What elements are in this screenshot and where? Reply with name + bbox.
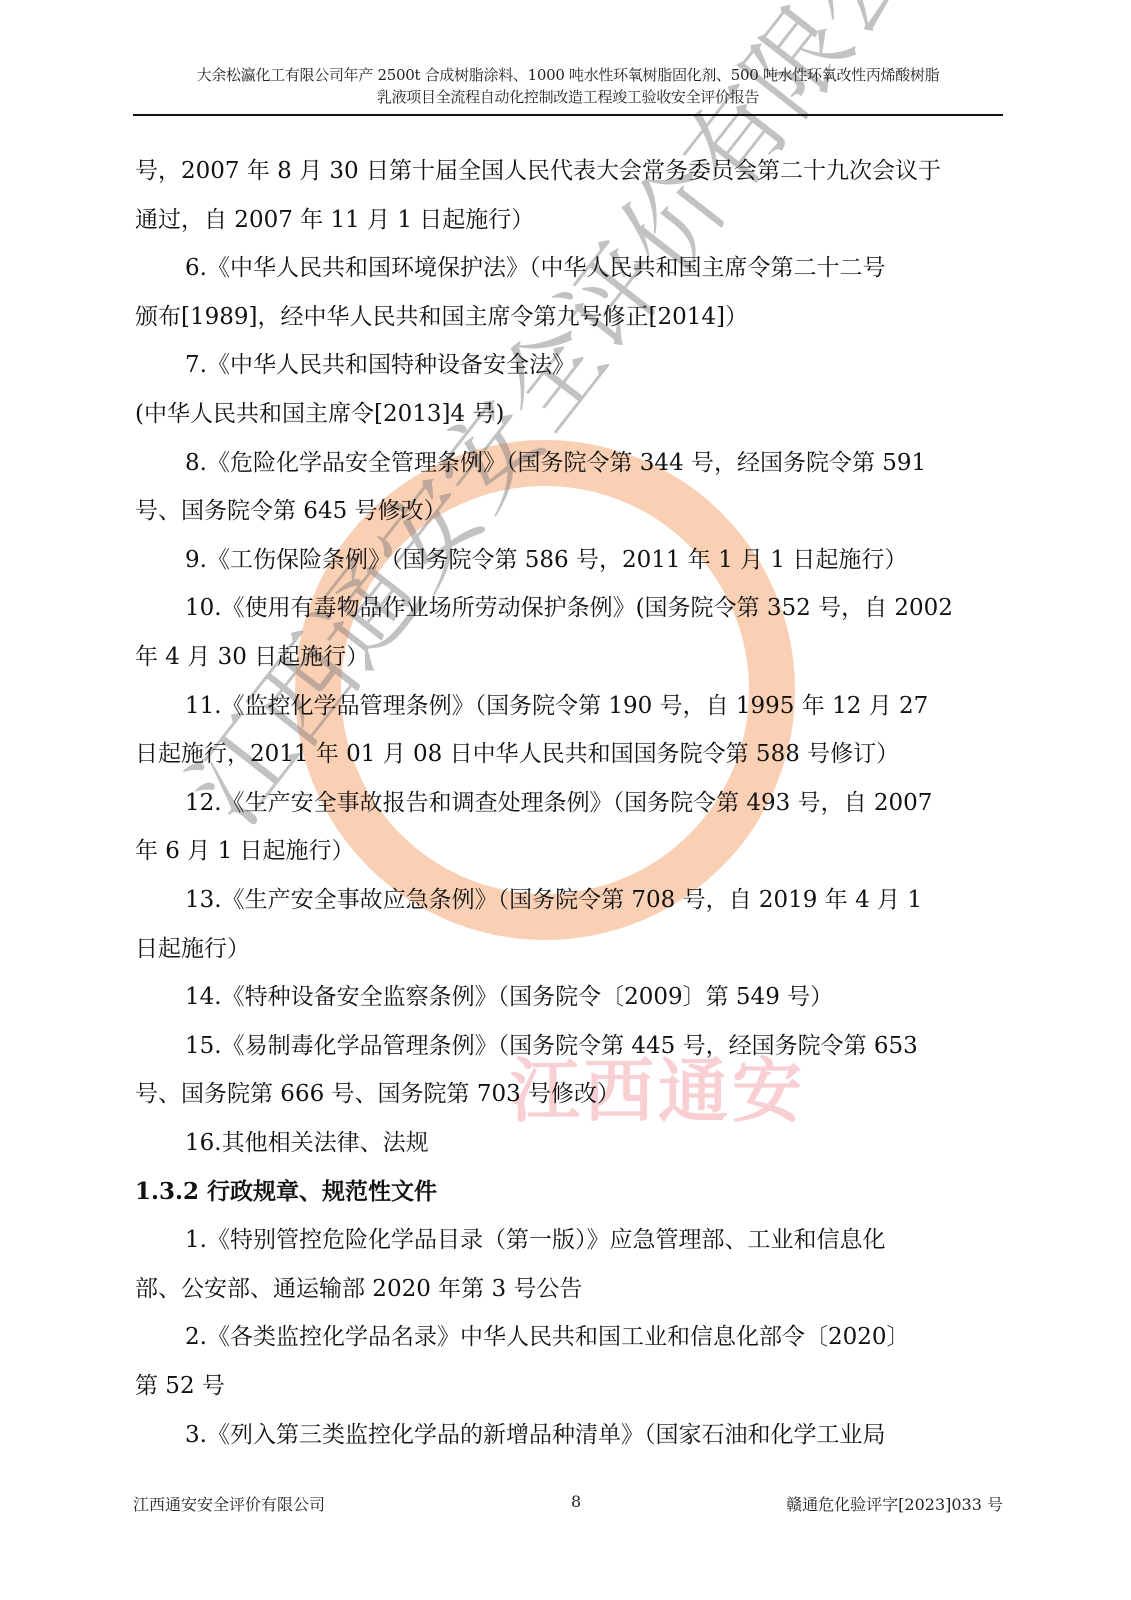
body-line: 16.其他相关法律、法规 (185, 1128, 429, 1158)
body-line: 7.《中华人民共和国特种设备安全法》 (185, 350, 575, 380)
body-line: 部、公安部、通运输部 2020 年第 3 号公告 (135, 1274, 582, 1304)
body-line: 11.《监控化学品管理条例》（国务院令第 190 号，自 1995 年 12 月… (185, 691, 928, 721)
body-line: 日起施行，2011 年 01 月 08 日中华人民共和国国务院令第 588 号修… (135, 739, 899, 769)
body-line: 第 52 号 (135, 1371, 225, 1401)
body-line: 13.《生产安全事故应急条例》（国务院令第 708 号，自 2019 年 4 月… (185, 885, 922, 915)
body-line: 年 6 月 1 日起施行） (135, 836, 355, 866)
header-title-line-2: 乳液项目全流程自动化控制改造工程竣工验收安全评价报告 (133, 86, 1003, 108)
body-line: 号、国务院第 666 号、国务院第 703 号修改） (135, 1079, 620, 1109)
body-line: 9.《工伤保险条例》（国务院令第 586 号，2011 年 1 月 1 日起施行… (185, 545, 907, 575)
body-line: 日起施行） (135, 934, 250, 964)
body-line: 通过，自 2007 年 11 月 1 日起施行） (135, 205, 534, 235)
body-line: 年 4 月 30 日起施行） (135, 642, 369, 672)
body-line: 号、国务院令第 645 号修改） (135, 496, 447, 526)
body-line: 3.《列入第三类监控化学品的新增品种清单》（国家石油和化学工业局 (185, 1420, 885, 1450)
footer-page-number: 8 (571, 1492, 581, 1511)
footer-company: 江西通安安全评价有限公司 (133, 1492, 325, 1515)
document-page: 江西通安 江西通安安全评价有限公司 大余松瀛化工有限公司年产 2500t 合成树… (0, 0, 1131, 1600)
header-divider (133, 114, 1003, 116)
body-line: 15.《易制毒化学品管理条例》（国务院令第 445 号，经国务院令第 653 (185, 1031, 918, 1061)
body-line: 1.《特别管控危险化学品目录（第一版）》应急管理部、工业和信息化 (185, 1225, 885, 1255)
page-header: 大余松瀛化工有限公司年产 2500t 合成树脂涂料、1000 吨水性环氧树脂固化… (133, 64, 1003, 108)
body-line: 号，2007 年 8 月 30 日第十届全国人民代表大会常务委员会第二十九次会议… (135, 156, 941, 186)
body-line: 2.《各类监控化学品名录》中华人民共和国工业和信息化部令〔2020〕 (185, 1322, 909, 1352)
body-line: 14.《特种设备安全监察条例》（国务院令〔2009〕第 549 号） (185, 982, 833, 1012)
body-line: 8.《危险化学品安全管理条例》（国务院令第 344 号，经国务院令第 591 (185, 448, 926, 478)
body-line: 10.《使用有毒物品作业场所劳动保护条例》(国务院令第 352 号，自 2002 (185, 593, 953, 623)
header-title-line-1: 大余松瀛化工有限公司年产 2500t 合成树脂涂料、1000 吨水性环氧树脂固化… (133, 64, 1003, 86)
footer-doc-number: 赣通危化验评字[2023]033 号 (786, 1492, 1003, 1515)
body-line: 6.《中华人民共和国环境保护法》（中华人民共和国主席令第二十二号 (185, 253, 885, 283)
body-line: (中华人民共和国主席令[2013]4 号) (135, 399, 504, 429)
page-footer: 江西通安安全评价有限公司 8 赣通危化验评字[2023]033 号 (133, 1492, 1003, 1516)
body-line: 颁布[1989]，经中华人民共和国主席令第九号修正[2014]） (135, 302, 748, 332)
section-heading: 1.3.2 行政规章、规范性文件 (135, 1177, 437, 1207)
body-line: 12.《生产安全事故报告和调查处理条例》（国务院令第 493 号，自 2007 (185, 788, 932, 818)
